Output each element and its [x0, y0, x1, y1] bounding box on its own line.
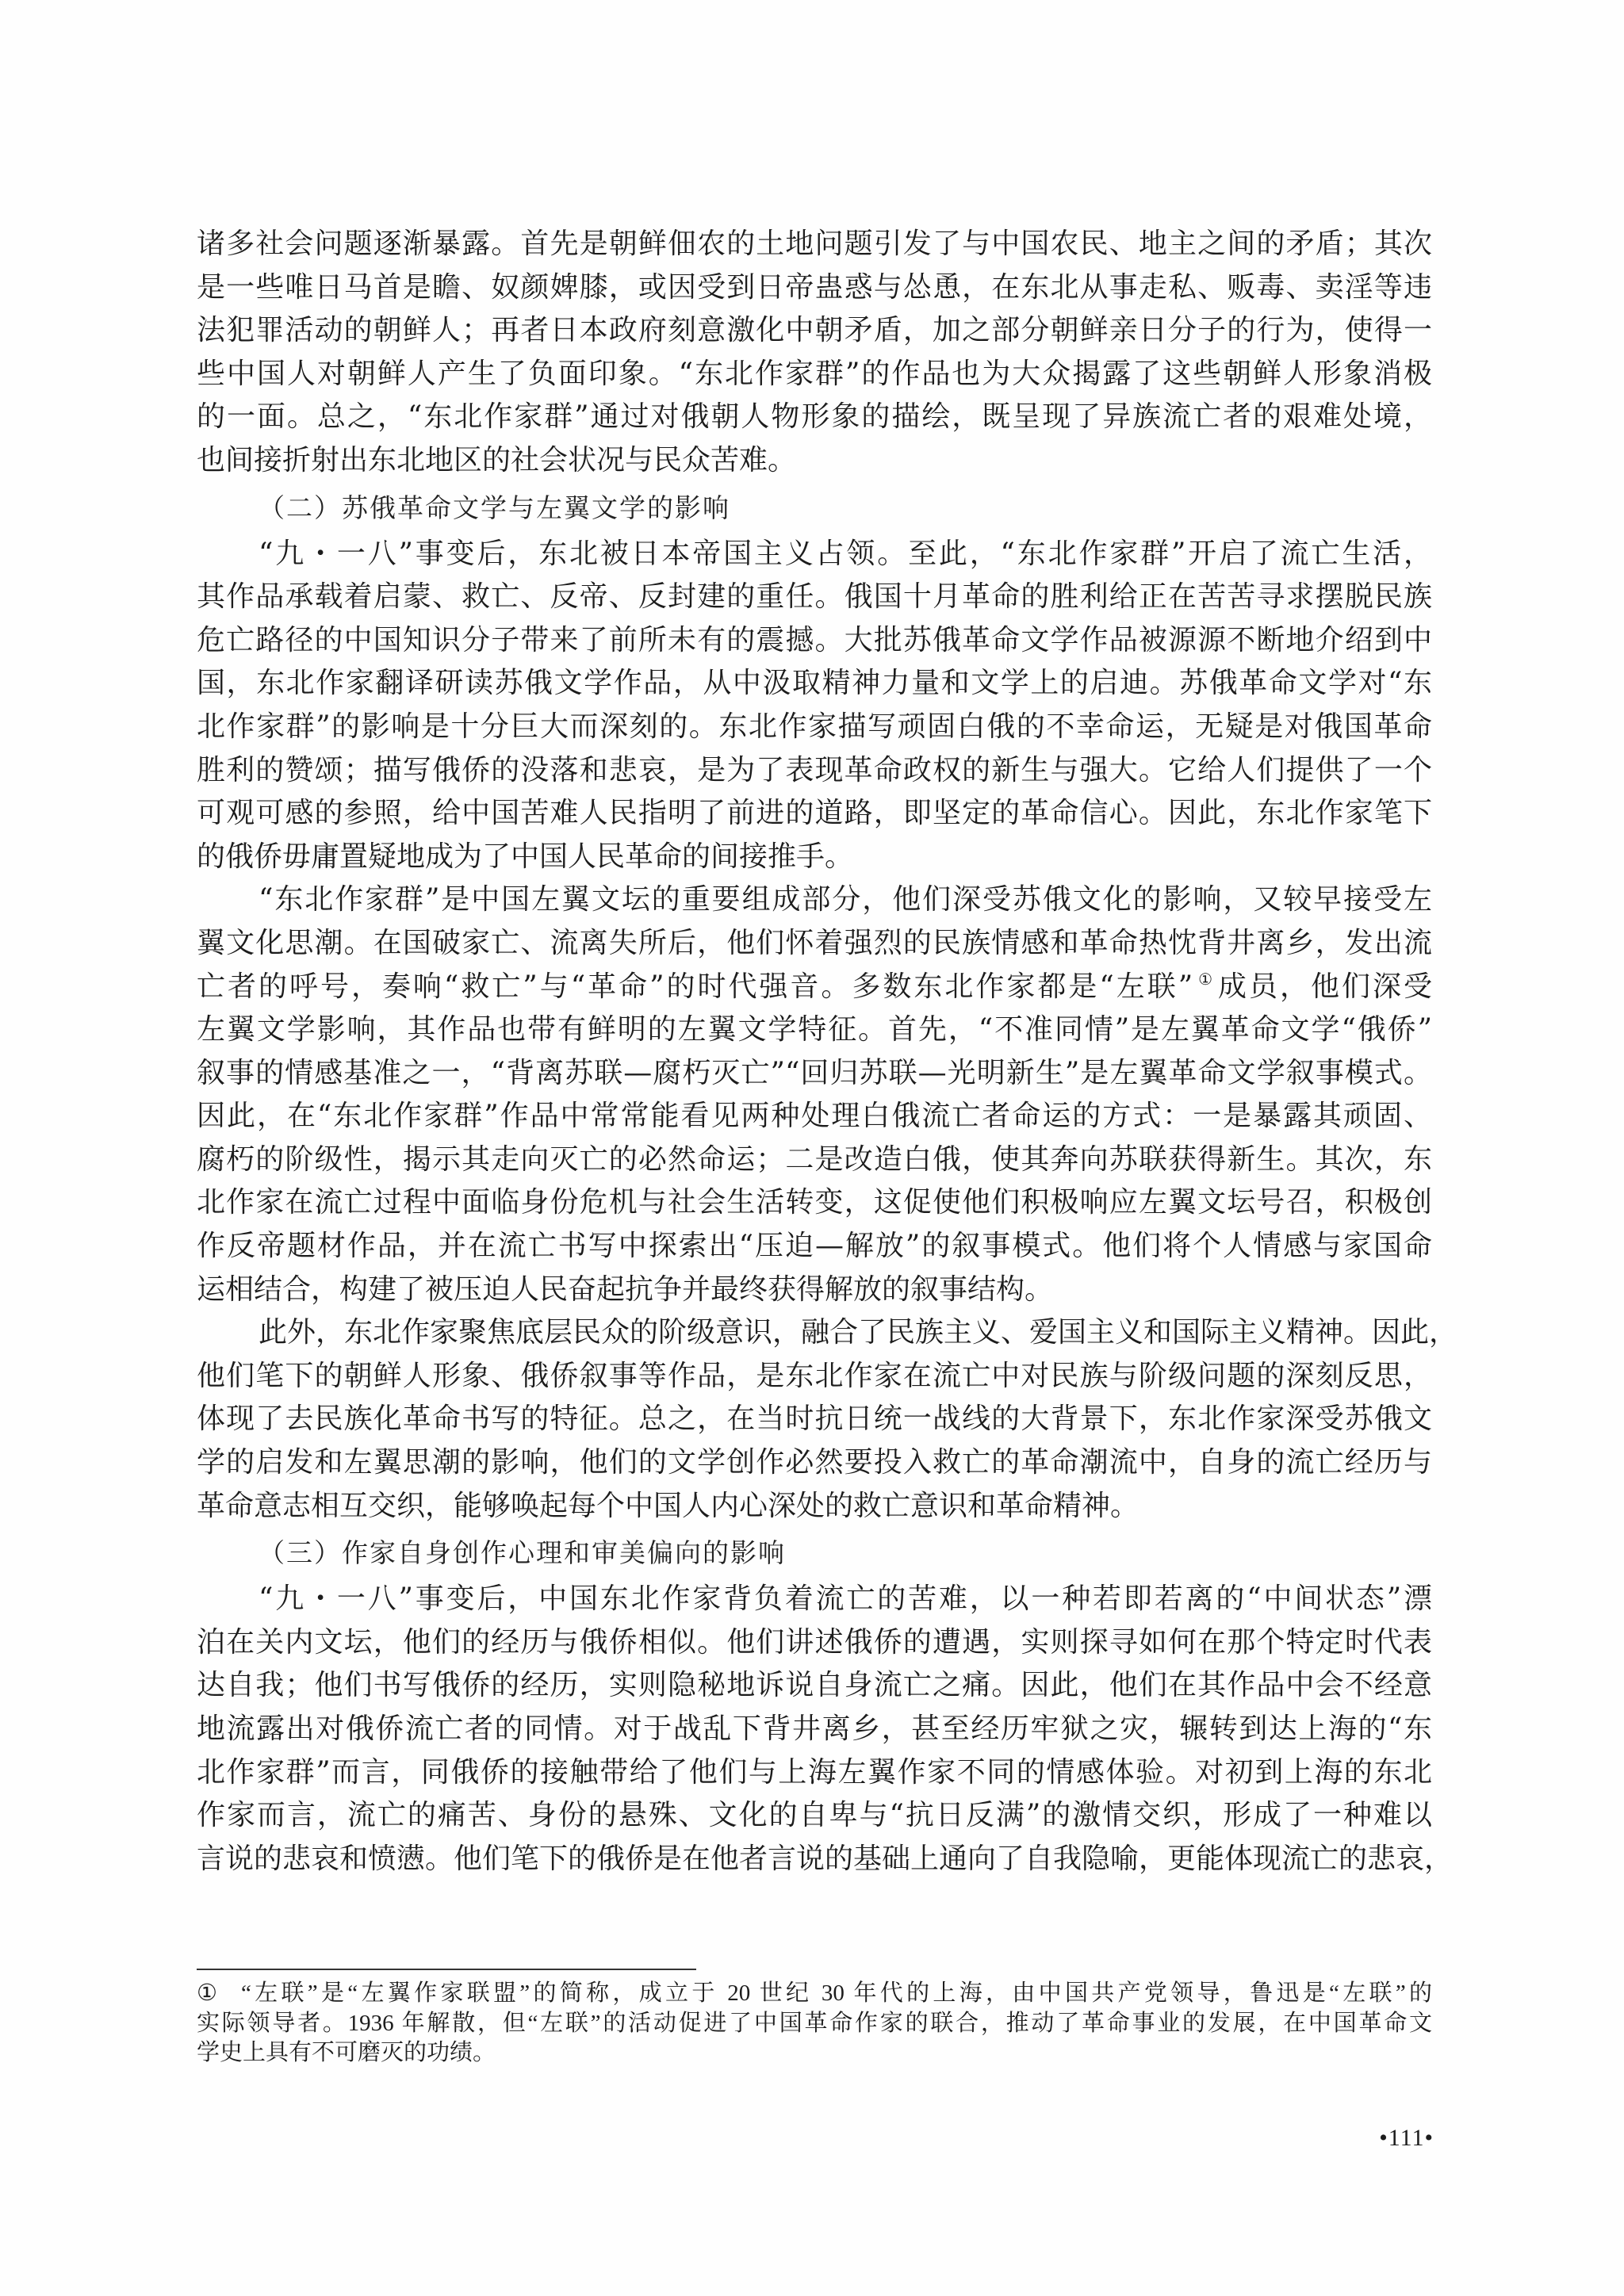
text-line: 作家而言，流亡的痛苦、身份的悬殊、文化的自卑与“抗日反满”的激情交织，形成了一种… — [197, 1794, 1432, 1838]
text-line: 的一面。总之，“东北作家群”通过对俄朝人物形象的描绘，既呈现了异族流亡者的艰难处… — [197, 396, 1432, 439]
text-line: “九・一八”事变后，中国东北作家背负着流亡的苦难，以一种若即若离的“中间状态”漂 — [197, 1578, 1432, 1621]
page-number: •111• — [1370, 2125, 1434, 2152]
section-heading-3: （三）作家自身创作心理和审美偏向的影响 — [197, 1528, 1432, 1578]
text-line: 其作品承载着启蒙、救亡、反帝、反封建的重任。俄国十月革命的胜利给正在苦苦寻求摆脱… — [197, 576, 1432, 619]
text-line: 体现了去民族化革命书写的特征。总之，在当时抗日统一战线的大背景下，东北作家深受苏… — [197, 1398, 1432, 1441]
paragraph-2: “九・一八”事变后，东北被日本帝国主义占领。至此，“东北作家群”开启了流亡生活，… — [197, 533, 1432, 879]
footnote-line: 实际领导者。1936 年解散，但“左联”的活动促进了中国革命作家的联合，推动了革… — [197, 2009, 1432, 2039]
body-text: 诸多社会问题逐渐暴露。首先是朝鲜佃农的土地问题引发了与中国农民、地主之间的矛盾；… — [197, 223, 1432, 1881]
text-line: 些中国人对朝鲜人产生了负面印象。“东北作家群”的作品也为大众揭露了这些朝鲜人形象… — [197, 353, 1432, 396]
paragraph-4: 此外，东北作家聚焦底层民众的阶级意识，融合了民族主义、爱国主义和国际主义精神。因… — [197, 1311, 1432, 1528]
text-line: 是一些唯日马首是瞻、奴颜婢膝，或因受到日帝蛊惑与怂恿，在东北从事走私、贩毒、卖淫… — [197, 266, 1432, 310]
text-line: “九・一八”事变后，东北被日本帝国主义占领。至此，“东北作家群”开启了流亡生活， — [197, 533, 1432, 576]
text-line: 可观可感的参照，给中国苦难人民指明了前进的道路，即坚定的革命信心。因此，东北作家… — [197, 792, 1432, 836]
paragraph-1: 诸多社会问题逐渐暴露。首先是朝鲜佃农的土地问题引发了与中国农民、地主之间的矛盾；… — [197, 223, 1432, 483]
text-line: 危亡路径的中国知识分子带来了前所未有的震撼。大批苏俄革命文学作品被源源不断地介绍… — [197, 619, 1432, 663]
text-segment: 成员，他们深受 — [1218, 970, 1432, 1003]
footnote-line: 学史上具有不可磨灭的功绩。 — [197, 2038, 1432, 2068]
footnote-text: “左联”是“左翼作家联盟”的简称，成立于 20 世纪 30 年代的上海，由中国共… — [241, 1980, 1432, 2006]
section-heading-2: （二）苏俄革命文学与左翼文学的影响 — [197, 483, 1432, 533]
text-line: 左翼文学影响，其作品也带有鲜明的左翼文学特征。首先，“不准同情”是左翼革命文学“… — [197, 1008, 1432, 1052]
paragraph-3: “东北作家群”是中国左翼文坛的重要组成部分，他们深受苏俄文化的影响，又较早接受左… — [197, 878, 1432, 1311]
text-line: 作反帝题材作品，并在流亡书写中探索出“压迫—解放”的叙事模式。他们将个人情感与家… — [197, 1225, 1432, 1269]
text-line: 也间接折射出东北地区的社会状况与民众苦难。 — [197, 439, 1432, 483]
text-line: 的俄侨毋庸置疑地成为了中国人民革命的间接推手。 — [197, 836, 1432, 879]
text-line: 翼文化思潮。在国破家亡、流离失所后，他们怀着强烈的民族情感和革命热忱背井离乡，发… — [197, 922, 1432, 966]
footnote-line: ①“左联”是“左翼作家联盟”的简称，成立于 20 世纪 30 年代的上海，由中国… — [197, 1979, 1432, 2009]
text-line: 此外，东北作家聚焦底层民众的阶级意识，融合了民族主义、爱国主义和国际主义精神。因… — [197, 1311, 1432, 1355]
paragraph-5: “九・一八”事变后，中国东北作家背负着流亡的苦难，以一种若即若离的“中间状态”漂… — [197, 1578, 1432, 1881]
document-page: 诸多社会问题逐渐暴露。首先是朝鲜佃农的土地问题引发了与中国农民、地主之间的矛盾；… — [0, 0, 1624, 2296]
footnote-marker: ① — [197, 1979, 241, 2009]
text-line: 腐朽的阶级性，揭示其走向灭亡的必然命运；二是改造白俄，使其奔向苏联获得新生。其次… — [197, 1138, 1432, 1182]
text-line: 达自我；他们书写俄侨的经历，实则隐秘地诉说自身流亡之痛。因此，他们在其作品中会不… — [197, 1664, 1432, 1708]
text-line: 国，东北作家翻译研读苏俄文学作品，从中汲取精神力量和文学上的启迪。苏俄革命文学对… — [197, 662, 1432, 706]
text-line: 叙事的情感基准之一，“背离苏联—腐朽灭亡”“回归苏联—光明新生”是左翼革命文学叙… — [197, 1052, 1432, 1096]
footnote-divider — [197, 1969, 696, 1970]
footnote-block: ①“左联”是“左翼作家联盟”的简称，成立于 20 世纪 30 年代的上海，由中国… — [197, 1979, 1432, 2068]
text-segment: 亡者的呼号，奏响“救亡”与“革命”的时代强音。多数东北作家都是“左联” — [197, 970, 1193, 1003]
text-line: 言说的悲哀和愤懑。他们笔下的俄侨是在他者言说的基础上通向了自我隐喻，更能体现流亡… — [197, 1838, 1432, 1881]
text-line: 北作家在流亡过程中面临身份危机与社会生活转变，这促使他们积极响应左翼文坛号召，积… — [197, 1181, 1432, 1225]
text-line: 学的启发和左翼思潮的影响，他们的文学创作必然要投入救亡的革命潮流中，自身的流亡经… — [197, 1441, 1432, 1485]
text-line: 运相结合，构建了被压迫人民奋起抗争并最终获得解放的叙事结构。 — [197, 1269, 1432, 1312]
text-line: 因此，在“东北作家群”作品中常常能看见两种处理白俄流亡者命运的方式：一是暴露其顽… — [197, 1095, 1432, 1138]
text-line: 地流露出对俄侨流亡者的同情。对于战乱下背井离乡，甚至经历牢狱之灾，辗转到达上海的… — [197, 1708, 1432, 1751]
text-line: 北作家群”而言，同俄侨的接触带给了他们与上海左翼作家不同的情感体验。对初到上海的… — [197, 1751, 1432, 1795]
text-line: 胜利的赞颂；描写俄侨的没落和悲哀，是为了表现革命政权的新生与强大。它给人们提供了… — [197, 749, 1432, 793]
text-line: 泊在关内文坛，他们的经历与俄侨相似。他们讲述俄侨的遭遇，实则探寻如何在那个特定时… — [197, 1621, 1432, 1665]
text-line: 诸多社会问题逐渐暴露。首先是朝鲜佃农的土地问题引发了与中国农民、地主之间的矛盾；… — [197, 223, 1432, 266]
text-line: 革命意志相互交织，能够唤起每个中国人内心深处的救亡意识和革命精神。 — [197, 1485, 1432, 1529]
text-line: 法犯罪活动的朝鲜人；再者日本政府刻意激化中朝矛盾，加之部分朝鲜亲日分子的行为，使… — [197, 309, 1432, 353]
text-line: “东北作家群”是中国左翼文坛的重要组成部分，他们深受苏俄文化的影响，又较早接受左 — [197, 878, 1432, 922]
footnote-reference[interactable]: ① — [1196, 970, 1215, 989]
text-line: 北作家群”的影响是十分巨大而深刻的。东北作家描写顽固白俄的不幸命运，无疑是对俄国… — [197, 706, 1432, 749]
text-line-with-footnote: 亡者的呼号，奏响“救亡”与“革命”的时代强音。多数东北作家都是“左联”①成员，他… — [197, 966, 1432, 1009]
text-line: 他们笔下的朝鲜人形象、俄侨叙事等作品，是东北作家在流亡中对民族与阶级问题的深刻反… — [197, 1355, 1432, 1399]
